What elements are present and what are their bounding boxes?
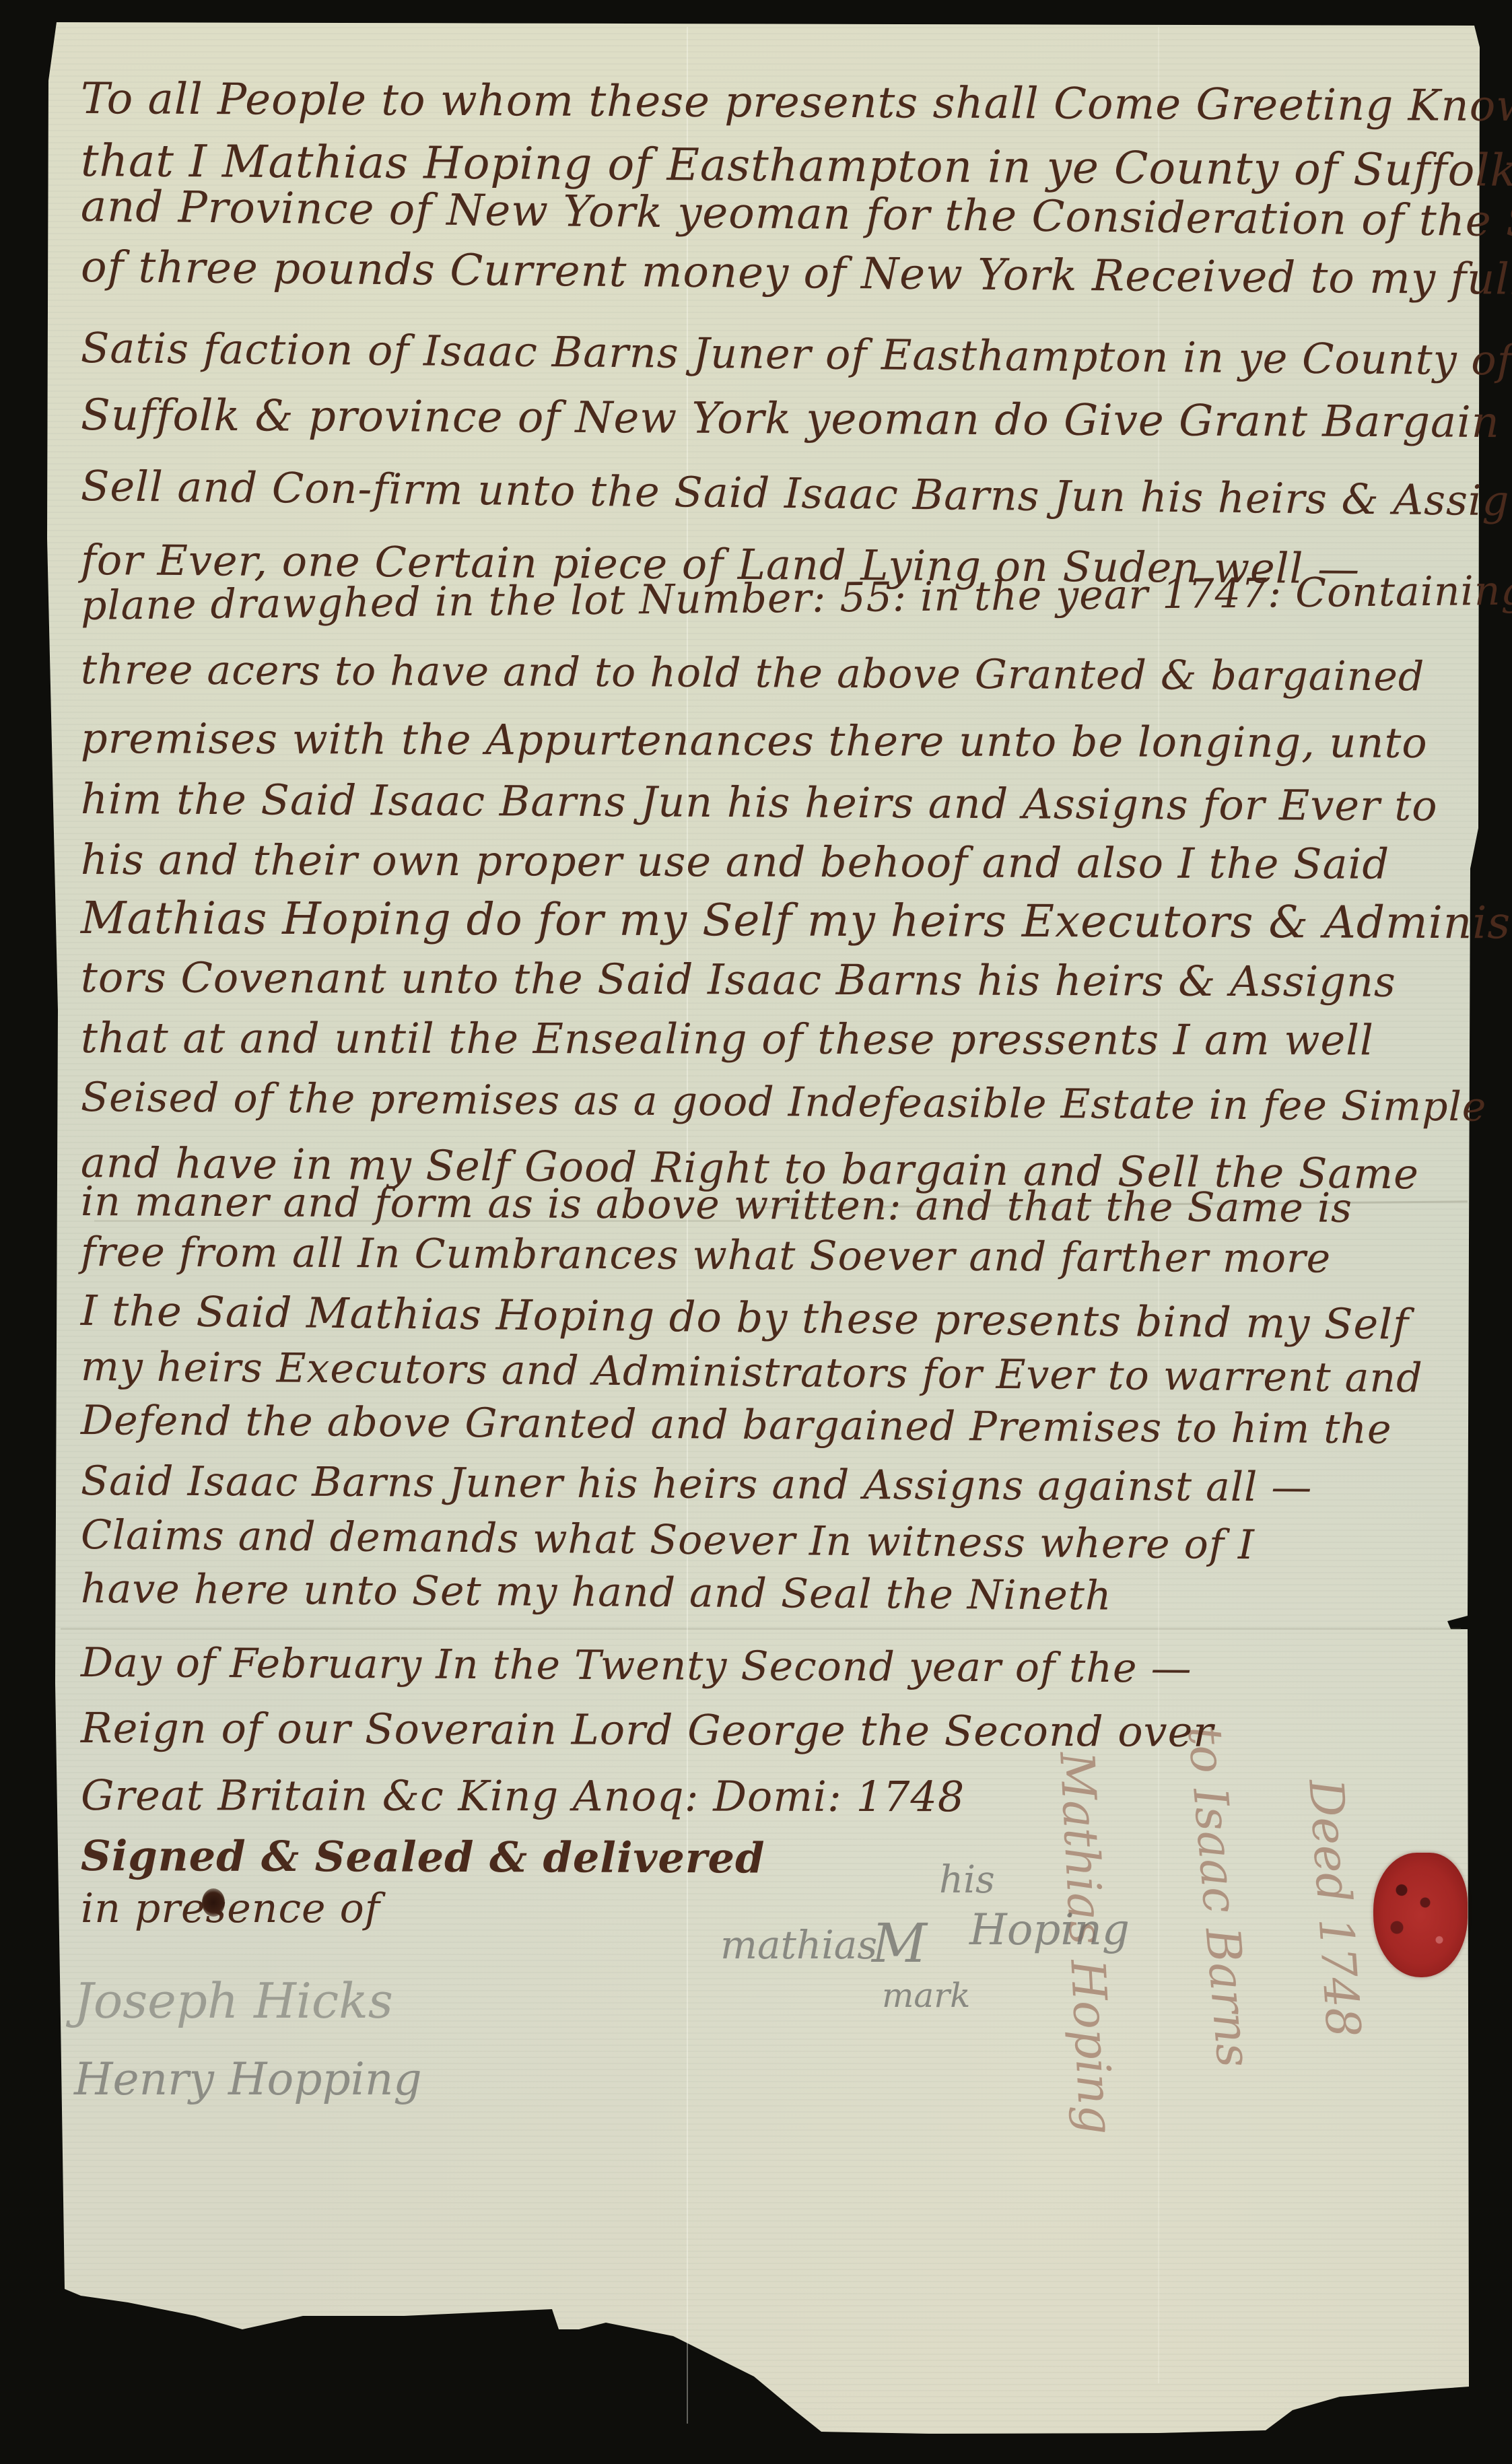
witness-signature: Joseph Hicks bbox=[74, 1973, 393, 2029]
deed-line: Great Britain &c King Anoq: Domi: 1748 bbox=[81, 1771, 965, 1821]
deed-line: in maner and form as is above written: a… bbox=[81, 1178, 1352, 1232]
deed-line: Said Isaac Barns Juner his heirs and Ass… bbox=[81, 1458, 1313, 1511]
deed-line: Day of February In the Twenty Second yea… bbox=[81, 1639, 1192, 1692]
deed-line: in presence of bbox=[81, 1885, 380, 1932]
deed-line: Mathias Hoping do for my Self my heirs E… bbox=[81, 892, 1512, 949]
deed-line: Seised of the premises as a good Indefea… bbox=[81, 1074, 1487, 1131]
red-wax-seal bbox=[1373, 1853, 1468, 1977]
signature-last-name: Hoping bbox=[969, 1905, 1130, 1955]
ink-blot bbox=[202, 1888, 225, 1917]
deed-line: Suffolk & province of New York yeoman do… bbox=[81, 390, 1500, 448]
signature-mark-label: mark bbox=[882, 1976, 970, 2015]
deed-line: To all People to whom these presents sha… bbox=[81, 74, 1512, 132]
deed-line: Defend the above Granted and bargained P… bbox=[81, 1397, 1392, 1453]
witness-signature: Henry Hopping bbox=[74, 2053, 422, 2105]
signature-his-label: his bbox=[939, 1858, 995, 1902]
deed-line: that at and until the Ensealing of these… bbox=[81, 1013, 1374, 1064]
deed-line: Reign of our Soverain Lord George the Se… bbox=[81, 1703, 1214, 1756]
deed-line: tors Covenant unto the Said Isaac Barns … bbox=[81, 953, 1396, 1006]
deed-line: have here unto Set my hand and Seal the … bbox=[81, 1565, 1112, 1620]
horizontal-fold-crease bbox=[61, 1628, 1461, 1630]
deed-line: premises with the Appurtenances there un… bbox=[81, 714, 1428, 767]
deed-line: his and their own proper use and behoof … bbox=[81, 835, 1389, 889]
deed-line: free from all In Cumbrances what Soever … bbox=[81, 1229, 1331, 1282]
deed-line: three acers to have and to hold the abov… bbox=[81, 646, 1425, 700]
deed-line: him the Said Isaac Barns Jun his heirs a… bbox=[81, 774, 1438, 831]
signature-mark: M bbox=[872, 1912, 927, 1975]
deed-line: Signed & Sealed & delivered bbox=[81, 1831, 765, 1883]
signature-first-name: mathias bbox=[720, 1922, 877, 1968]
